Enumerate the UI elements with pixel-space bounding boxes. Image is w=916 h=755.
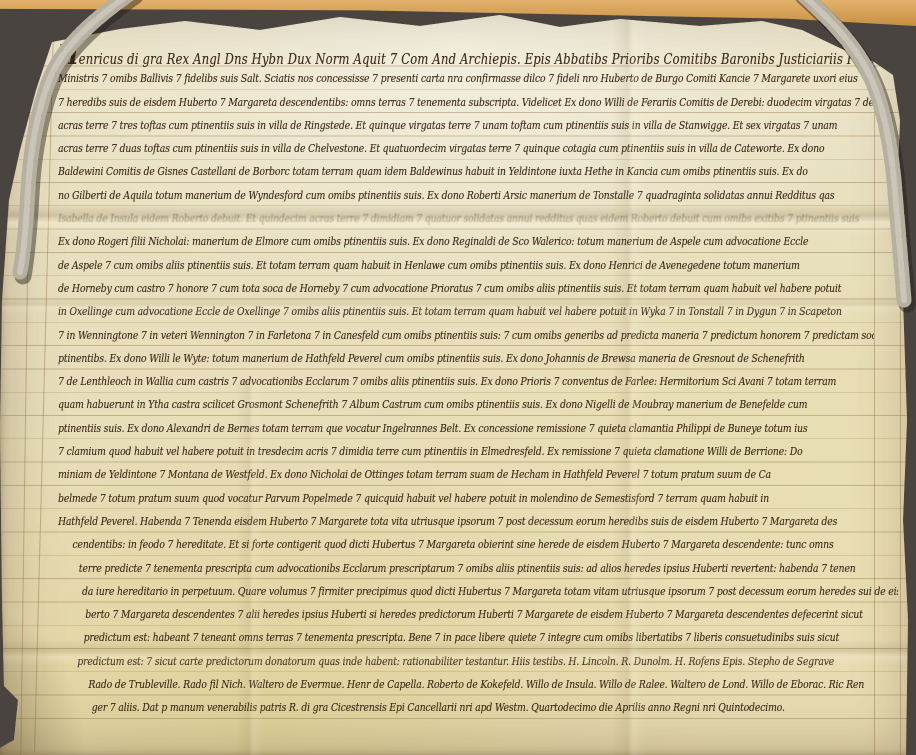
text-line: predictum est: 7 sicut carte predictorum… — [58, 650, 893, 673]
charter-photograph: Henricus di gra Rex Angl Dns Hybn Dux No… — [0, 0, 916, 755]
text-line: Henricus di gra Rex Angl Dns Hybn Dux No… — [58, 44, 874, 67]
text-line: berto 7 Margareta descendentes 7 alii he… — [58, 603, 901, 626]
parchment-sheet: Henricus di gra Rex Angl Dns Hybn Dux No… — [0, 0, 916, 755]
text-line: de Aspele 7 cum omibs aliis ptinentiis s… — [58, 254, 874, 277]
corner-fold-shadow — [0, 560, 120, 755]
text-line: da iure hereditario in perpetuum. Quare … — [58, 580, 898, 603]
text-line: ger 7 aliis. Dat p manum venerabilis pat… — [58, 696, 908, 719]
text-line: 7 clamium quod habuit vel habere potuit … — [58, 440, 874, 463]
text-line: terre predicte 7 tenementa prescripta cu… — [58, 557, 895, 580]
text-line: acras terre 7 duas toftas cum ptinentiis… — [58, 137, 874, 160]
text-line: cendentibs: in feodo 7 hereditate. Et si… — [58, 533, 888, 556]
text-line: Ministris 7 omibs Ballivis 7 fidelibs su… — [58, 67, 874, 90]
text-line: no Gilberti de Aquila totum manerium de … — [58, 184, 874, 207]
text-line: Ex dono Rogeri filii Nicholai: manerium … — [58, 230, 874, 253]
text-line: predictum est: habeant 7 teneant omns te… — [58, 626, 900, 649]
text-line: acras terre 7 tres toftas cum ptinentiis… — [58, 114, 874, 137]
text-line: 7 de Lenthleoch in Wallia cum castris 7 … — [58, 370, 874, 393]
text-line: de Horneby cum castro 7 honore 7 cum tot… — [58, 277, 874, 300]
text-line: ptinentiis suis. Ex dono Alexandri de Be… — [58, 417, 874, 440]
text-line: ptinentibs. Ex dono Willi le Wyte: totum… — [58, 347, 874, 370]
text-line: Rado de Trubleville. Rado fil Nich. Walt… — [58, 673, 904, 696]
text-line: belmede 7 totum pratum suum quod vocatur… — [58, 487, 874, 510]
text-line-faded: Isabella de Insula eidem Roberto debuit.… — [58, 207, 874, 230]
text-line: miniam de Yeldintone 7 Montana de Westfe… — [58, 463, 874, 486]
right-margin-rule — [900, 78, 901, 755]
text-line: 7 in Wenningtone 7 in veteri Wennington … — [58, 324, 874, 347]
text-line: Baldewini Comitis de Gisnes Castellani d… — [58, 160, 874, 183]
text-line: in Oxellinge cum advocatione Eccle de Ox… — [58, 300, 874, 323]
text-line: 7 heredibs suis de eisdem Huberto 7 Marg… — [58, 91, 874, 114]
charter-text: Henricus di gra Rex Angl Dns Hybn Dux No… — [58, 44, 874, 720]
text-line: Hathfeld Peverel. Habenda 7 Tenenda eisd… — [58, 510, 874, 533]
text-line: quam habuerunt in Ytha castra scilicet G… — [58, 393, 874, 416]
